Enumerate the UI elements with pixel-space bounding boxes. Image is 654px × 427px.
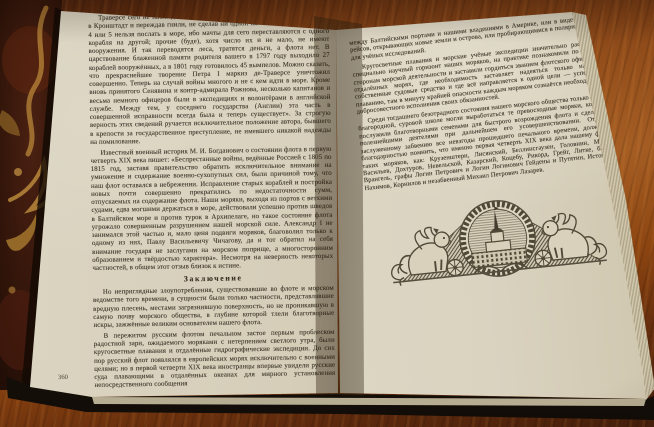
left-paragraph: Но неприглядные злоупотребления, существ… [93, 285, 335, 330]
book-photo-scene: между Балтийскими портами и нашими владе… [0, 0, 654, 427]
page-number: 360 [58, 374, 68, 381]
left-paragraph: Известный военный историк М. И. Богданов… [90, 145, 333, 273]
section-heading: Заключение [93, 273, 334, 285]
left-paragraph: В пережитом русским флотом печальном зас… [94, 328, 336, 388]
admiralty-spire-wreath-vignette-icon [379, 177, 614, 298]
left-paragraph-quote: Траверсе сего не наблюдалось, корабли еж… [88, 11, 331, 147]
left-page-text: Траверсе сего не наблюдалось, корабли еж… [88, 11, 335, 389]
admiralty-vignette-engraving [379, 177, 614, 300]
